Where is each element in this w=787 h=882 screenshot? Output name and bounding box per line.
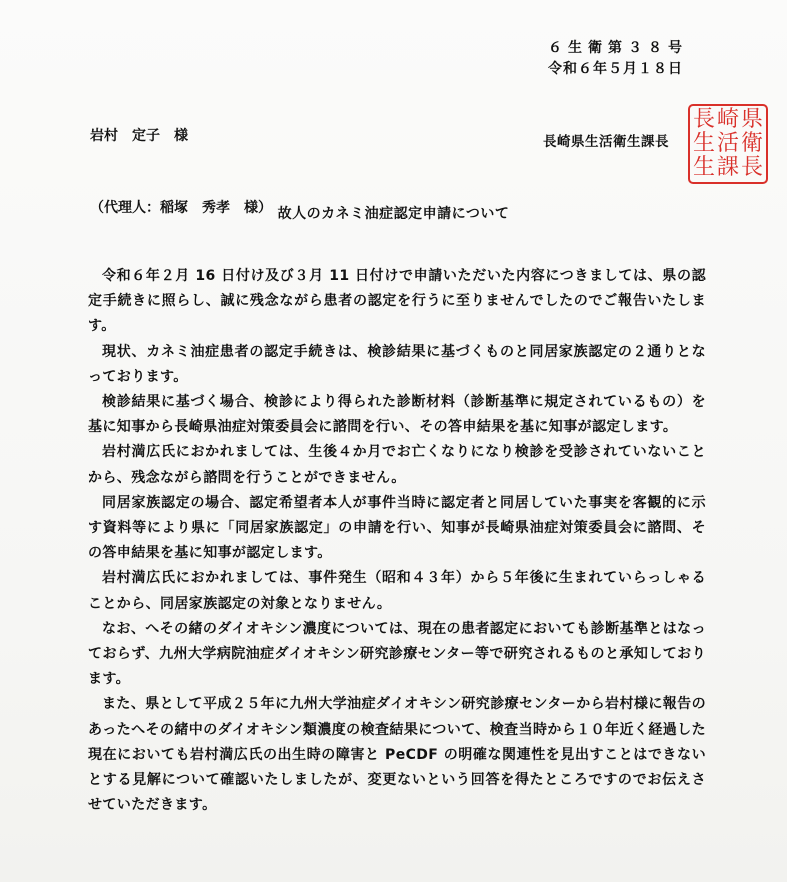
- seal-char: 生: [693, 157, 715, 179]
- seal-char: 崎: [717, 109, 739, 131]
- letter-body: 令和６年２月 16 日付け及び３月 11 日付けで申請いただいた内容につきまして…: [88, 264, 706, 818]
- seal-char: 生: [693, 133, 715, 155]
- seal-char: 長: [741, 157, 763, 179]
- official-seal-stamp: 県 衛 長 崎 活 課 長 生 生: [688, 104, 768, 184]
- seal-char: 課: [717, 157, 739, 179]
- body-paragraph: 検診結果に基づく場合、検診により得られた診断材料（診断基準に規定されているもの）…: [88, 390, 706, 440]
- seal-char: 活: [717, 133, 739, 155]
- body-paragraph: 岩村満広氏におかれましては、生後４か月でお亡くなりになり検診を受診されていないこ…: [88, 440, 706, 490]
- body-paragraph: また、県として平成２５年に九州大学油症ダイオキシン研究診療センターから岩村様に報…: [88, 692, 706, 818]
- addressee-block: 岩村 定子 様 （代理人：稲塚 秀孝 様）: [90, 76, 272, 268]
- body-paragraph: なお、へその緒のダイオキシン濃度については、現在の患者認定においても診断基準とは…: [88, 617, 706, 693]
- reference-block: ６生衛第３８号 令和６年５月１８日: [548, 38, 688, 80]
- addressee-name: 岩村 定子 様: [90, 124, 272, 148]
- body-paragraph: 同居家族認定の場合、認定希望者本人が事件当時に認定者と同居していた事実を客観的に…: [88, 491, 706, 567]
- letter-page: ６生衛第３８号 令和６年５月１８日 岩村 定子 様 （代理人：稲塚 秀孝 様） …: [0, 0, 787, 882]
- seal-char: 長: [693, 109, 715, 131]
- issue-date: 令和６年５月１８日: [548, 59, 688, 80]
- seal-char: 県: [741, 109, 763, 131]
- seal-char: 衛: [741, 133, 763, 155]
- body-paragraph: 令和６年２月 16 日付け及び３月 11 日付けで申請いただいた内容につきまして…: [88, 264, 706, 340]
- sender-title: 長崎県生活衛生課長: [543, 130, 669, 150]
- body-paragraph: 現状、カネミ油症患者の認定手続きは、検診結果に基づくものと同居家族認定の２通りと…: [88, 340, 706, 390]
- body-paragraph: 岩村満広氏におかれましては、事件発生（昭和４３年）から５年後に生まれていらっしゃ…: [88, 566, 706, 616]
- reference-number: ６生衛第３８号: [548, 38, 688, 59]
- subject-heading: 故人のカネミ油症認定申請について: [0, 203, 787, 223]
